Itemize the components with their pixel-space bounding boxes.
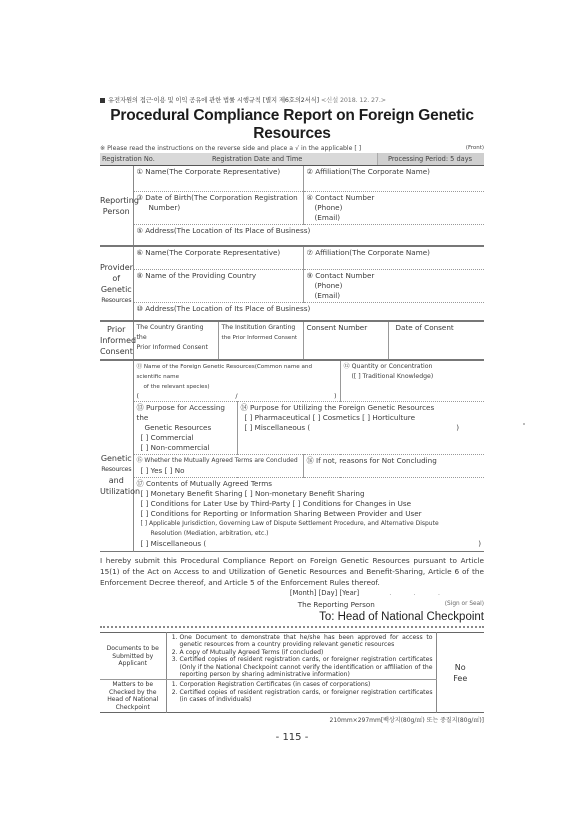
- consent-institution-field[interactable]: The Institution Granting the Prior Infor…: [218, 322, 303, 360]
- provider-address-field[interactable]: ⑩ Address(The Location of Its Place of B…: [133, 302, 484, 321]
- mat-yes-no-checkboxes[interactable]: [ ] Yes [ ] No: [137, 466, 300, 476]
- fee-line: Fee: [440, 673, 482, 684]
- page-title: Procedural Compliance Report on Foreign …: [100, 107, 484, 143]
- label-line: of: [100, 273, 133, 284]
- mat-item-checkbox[interactable]: [ ] Monetary Benefit Sharing [ ] Non-mon…: [137, 489, 482, 499]
- label-line: Informed: [100, 335, 133, 346]
- provider-affiliation-field[interactable]: ⑦ Affiliation(The Corporate Name): [303, 247, 484, 269]
- paren: ): [456, 423, 459, 433]
- fee: No Fee: [436, 633, 484, 713]
- field-label: ① Name(The Corporate Representative): [137, 167, 281, 176]
- date-format[interactable]: [Month] [Day] [Year]: [290, 588, 359, 599]
- paren: ): [334, 392, 337, 400]
- fee-line: No: [440, 662, 482, 673]
- field-label: Genetic Resources: [137, 423, 234, 433]
- genetic-resources-label: Genetic Resources and Utilization: [100, 361, 133, 552]
- field-label: ⑥ Name(The Corporate Representative): [137, 248, 281, 257]
- field-label: ⑤ Address(The Location of Its Place of B…: [137, 226, 311, 235]
- field-label: Resolution (Mediation, arbitration, etc.…: [137, 529, 482, 539]
- label-line: Consent: [100, 346, 133, 357]
- reporter-name-field[interactable]: ① Name(The Corporate Representative): [133, 166, 303, 191]
- access-purpose-field: ⑬ Purpose for Accessing the Genetic Reso…: [133, 402, 237, 455]
- resource-name-field[interactable]: ⑪ Name of the Foreign Genetic Resources(…: [133, 361, 340, 402]
- paren: ): [478, 539, 481, 549]
- provider-label: Provider of Genetic Resources: [100, 247, 133, 321]
- providing-country-field[interactable]: ⑧ Name of the Providing Country: [133, 269, 303, 302]
- field-label: The Institution Granting: [222, 323, 300, 333]
- doc-item: Certified copies of resident registratio…: [180, 689, 433, 704]
- field-label: ⑧ Name of the Providing Country: [137, 271, 257, 280]
- label-line: Resources: [100, 295, 133, 306]
- mat-item-checkbox[interactable]: [ ] Conditions for Later Use by Third-Pa…: [137, 499, 482, 509]
- consent-country-field[interactable]: The Country Granting the Prior Informed …: [133, 322, 218, 360]
- provider-section: Provider of Genetic Resources ⑥ Name(The…: [100, 247, 484, 322]
- reporter-affiliation-field[interactable]: ② Affiliation(The Corporate Name): [303, 166, 484, 191]
- field-label: Prior Informed Consent: [137, 343, 215, 353]
- field-label: Number): [137, 203, 300, 213]
- declaration-text: I hereby submit this Procedural Complian…: [100, 555, 484, 588]
- email-label: (Email): [307, 213, 482, 223]
- utilize-purpose-field: ⑭ Purpose for Utilizing the Foreign Gene…: [237, 402, 484, 455]
- label-line: Resources: [100, 464, 133, 475]
- email-label: (Email): [307, 291, 482, 301]
- field-label: the Prior Informed Consent: [222, 333, 300, 343]
- label-line: Prior: [100, 324, 133, 335]
- field-label: ⑬ Purpose for Accessing the: [137, 403, 234, 423]
- label-line: Genetic: [100, 284, 133, 295]
- commercial-checkbox[interactable]: [ ] Commercial: [137, 433, 234, 443]
- date-line: [Month] [Day] [Year] . . .: [100, 588, 450, 599]
- field-label: ⑪ Name of the Foreign Genetic Resources(…: [137, 362, 337, 382]
- registration-no-field[interactable]: Registration No.: [100, 153, 212, 165]
- label-line: Utilization: [100, 486, 133, 497]
- mat-concluded-field: ⑮ Whether the Mutually Agreed Terms are …: [133, 455, 303, 478]
- form-page: 유전자원의 접근·이용 및 이익 공유에 관한 법률 시행규칙 [별지 제6호의…: [100, 95, 484, 743]
- traditional-knowledge-checkbox[interactable]: ([ ] Traditional Knowledge): [344, 372, 482, 382]
- reporter-address-field[interactable]: ⑤ Address(The Location of Its Place of B…: [133, 224, 484, 246]
- checkpoint-docs-label: Matters to be Checked by the Head of Nat…: [100, 680, 166, 713]
- registration-bar: Registration No. Registration Date and T…: [100, 153, 484, 166]
- doc-item: A copy of Mutually Agreed Terms (if conc…: [180, 649, 433, 656]
- field-label: ⑨ Contact Number: [307, 271, 375, 280]
- instruction-text: ※ Please read the instructions on the re…: [100, 145, 361, 152]
- paren: (: [137, 392, 140, 400]
- label-line: Genetic: [100, 453, 133, 464]
- utilize-options-checkboxes[interactable]: [ ] Pharmaceutical [ ] Cosmetics [ ] Hor…: [241, 413, 482, 423]
- paper-spec: 210mm×297mm[백상지(80g/㎡) 또는 중질지(80g/㎡)]: [100, 715, 484, 724]
- date-dots: . . .: [389, 588, 450, 599]
- provider-name-field[interactable]: ⑥ Name(The Corporate Representative): [133, 247, 303, 269]
- field-label: ⑦ Affiliation(The Corporate Name): [307, 248, 430, 257]
- utilize-misc-checkbox[interactable]: [ ] Miscellaneous (: [245, 423, 311, 433]
- mat-misc-checkbox[interactable]: [ ] Miscellaneous (: [141, 539, 207, 549]
- field-label: ⑭ Purpose for Utilizing the Foreign Gene…: [241, 403, 482, 413]
- field-label: ⑯ If not, reasons for Not Concluding: [307, 456, 437, 465]
- label-line: Provider: [100, 262, 133, 273]
- sign-or-seal[interactable]: (Sign or Seal): [445, 599, 484, 610]
- noncommercial-checkbox[interactable]: [ ] Non-commercial: [137, 443, 234, 453]
- field-label: Consent Number: [307, 323, 368, 332]
- instruction-line: ※ Please read the instructions on the re…: [100, 145, 484, 152]
- revision-date: <신설 2018. 12. 27.>: [321, 97, 386, 104]
- side-label: (Front): [466, 145, 484, 152]
- consent-date-field[interactable]: Date of Consent: [388, 322, 484, 360]
- mat-jurisdiction-checkbox[interactable]: [ ] Applicable Jurisdiction, Governing L…: [137, 519, 482, 529]
- field-label: The Country Granting the: [137, 323, 215, 343]
- reporting-person-label: Reporting Person: [100, 166, 133, 246]
- field-label: ⑫ Quantity or Concentration: [344, 362, 482, 372]
- field-label: ⑩ Address(The Location of Its Place of B…: [137, 304, 311, 313]
- title-line-1: Procedural Compliance Report on Foreign …: [100, 107, 484, 125]
- reporter-dob-field[interactable]: ③ Date of Birth(The Corporation Registra…: [133, 191, 303, 224]
- mat-item-checkbox[interactable]: [ ] Conditions for Reporting or Informat…: [137, 509, 482, 519]
- separator: /: [235, 392, 237, 400]
- law-reference: 유전자원의 접근·이용 및 이익 공유에 관한 법률 시행규칙 [별지 제6호의…: [100, 95, 484, 104]
- page-number: - 115 -: [100, 732, 484, 743]
- prior-consent-section: Prior Informed Consent The Country Grant…: [100, 322, 484, 361]
- doc-item: One Document to demonstrate that he/she …: [180, 634, 433, 649]
- checkpoint-docs-list: Corporation Registration Certificates (i…: [166, 680, 436, 713]
- label-line: Person: [100, 206, 133, 217]
- label-line: Reporting: [100, 195, 133, 206]
- processing-period: Processing Period: 5 days: [378, 153, 484, 165]
- applicant-docs-list: One Document to demonstrate that he/she …: [166, 633, 436, 680]
- reporting-person-section: Reporting Person ① Name(The Corporate Re…: [100, 166, 484, 247]
- field-label: Date of Consent: [392, 323, 454, 332]
- quantity-field[interactable]: ⑫ Quantity or Concentration ([ ] Traditi…: [340, 361, 484, 402]
- addressee: To: Head of National Checkpoint: [100, 610, 484, 628]
- not-concluding-reason-field[interactable]: ⑯ If not, reasons for Not Concluding: [303, 455, 484, 478]
- label-line: and: [100, 475, 133, 486]
- mat-contents-field: ⑰ Contents of Mutually Agreed Terms [ ] …: [133, 478, 484, 552]
- documents-table: Documents to be Submitted by Applicant O…: [100, 632, 484, 713]
- field-label: ④ Contact Number: [307, 193, 375, 202]
- title-line-2: Resources: [100, 125, 484, 143]
- genetic-resources-section: Genetic Resources and Utilization ⑪ Name…: [100, 361, 484, 552]
- field-label: ⑮ Whether the Mutually Agreed Terms are …: [137, 456, 300, 466]
- scan-speck: [523, 423, 525, 425]
- reporting-person-label: The Reporting Person: [298, 599, 375, 610]
- provider-contact-field[interactable]: ⑨ Contact Number (Phone) (Email): [303, 269, 484, 302]
- consent-number-field[interactable]: Consent Number: [303, 322, 388, 360]
- applicant-docs-label: Documents to be Submitted by Applicant: [100, 633, 166, 680]
- law-reference-text: 유전자원의 접근·이용 및 이익 공유에 관한 법률 시행규칙 [별지 제6호의…: [108, 97, 319, 104]
- field-label: of the relevant species): [137, 382, 337, 392]
- reporter-contact-field[interactable]: ④ Contact Number (Phone) (Email): [303, 191, 484, 224]
- doc-item: Certified copies of resident registratio…: [180, 656, 433, 678]
- registration-date-field[interactable]: Registration Date and Time: [212, 153, 378, 165]
- field-label: ⑰ Contents of Mutually Agreed Terms: [137, 479, 482, 489]
- square-bullet-icon: [100, 98, 105, 103]
- phone-label: (Phone): [307, 281, 482, 291]
- field-label: ③ Date of Birth(The Corporation Registra…: [137, 193, 298, 202]
- field-label: ② Affiliation(The Corporate Name): [307, 167, 430, 176]
- prior-consent-label: Prior Informed Consent: [100, 322, 133, 360]
- reporter-signature-line: The Reporting Person (Sign or Seal): [100, 599, 484, 610]
- doc-item: Corporation Registration Certificates (i…: [180, 681, 433, 688]
- phone-label: (Phone): [307, 203, 482, 213]
